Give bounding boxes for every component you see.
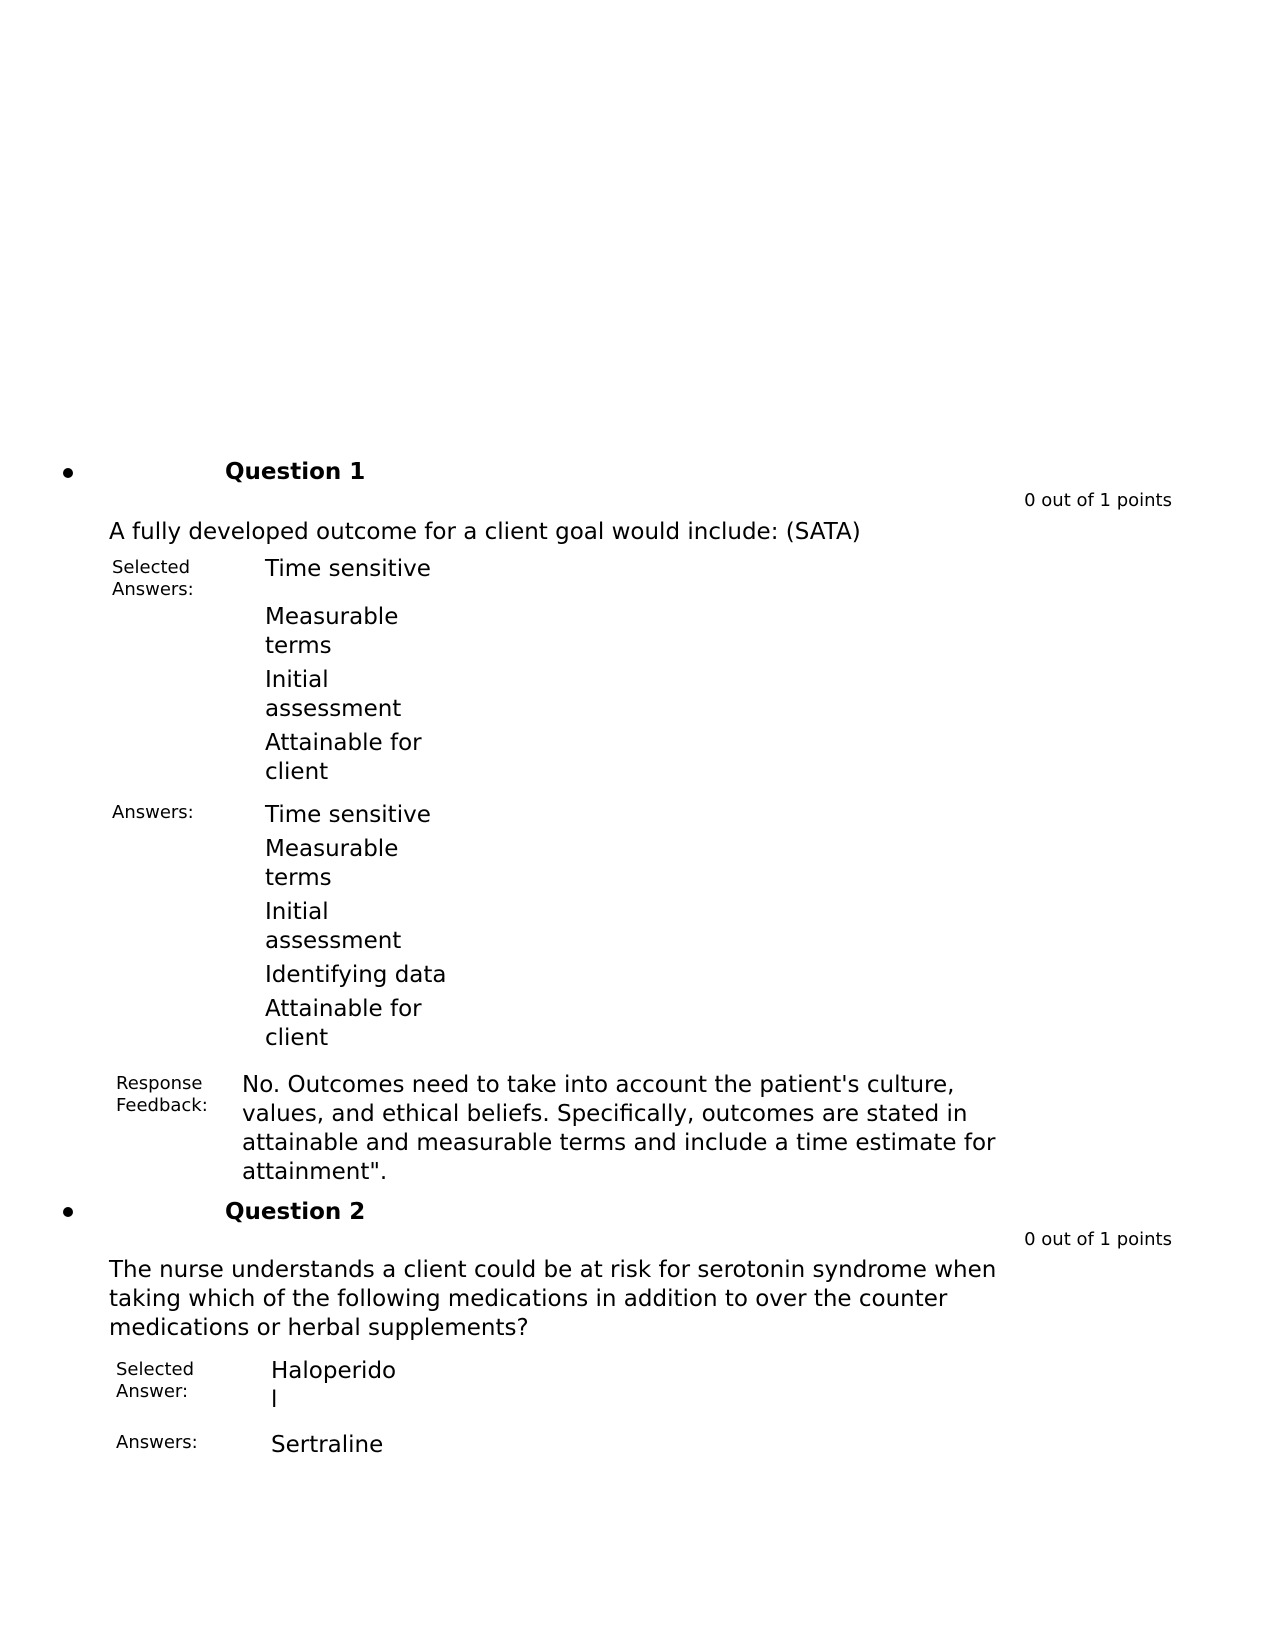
question-points: 0 out of 1 points (1024, 490, 1172, 512)
answers-list: Sertraline (271, 1431, 401, 1465)
answers-list: Time sensitiveMeasurable termsInitial as… (265, 801, 455, 1058)
answer-item: Sertraline (271, 1431, 401, 1460)
answer-item: Attainable for client (265, 995, 455, 1053)
answer-item: Identifying data (265, 961, 455, 990)
question-text: The nurse understands a client could be … (109, 1256, 1014, 1343)
answer-item: Measurable terms (265, 603, 455, 661)
question-title: Question 1 (225, 458, 365, 486)
question-points: 0 out of 1 points (1024, 1229, 1172, 1251)
selected-answers-label: Selected Answers: (112, 557, 222, 601)
response-feedback-text: No. Outcomes need to take into account t… (242, 1071, 1032, 1187)
question-title: Question 2 (225, 1198, 365, 1226)
answers-label: Answers: (116, 1432, 226, 1454)
answer-item: Time sensitive (265, 801, 455, 830)
question-text: A fully developed outcome for a client g… (109, 518, 1009, 547)
answer-item: Initial assessment (265, 898, 455, 956)
selected-answers-list: Time sensitiveMeasurable termsInitial as… (265, 555, 455, 792)
answers-label: Answers: (112, 802, 222, 824)
selected-answer-label: Selected Answer: (116, 1359, 226, 1403)
answer-item: Attainable for client (265, 729, 455, 787)
answer-item: Time sensitive (265, 555, 455, 584)
selected-answer-list: Haloperidol (271, 1357, 401, 1420)
bullet-icon (63, 1207, 73, 1217)
response-feedback-label: Response Feedback: (116, 1073, 221, 1117)
answer-item: Initial assessment (265, 666, 455, 724)
answer-item: Measurable terms (265, 835, 455, 893)
bullet-icon (63, 468, 73, 478)
answer-item: Haloperidol (271, 1357, 401, 1415)
